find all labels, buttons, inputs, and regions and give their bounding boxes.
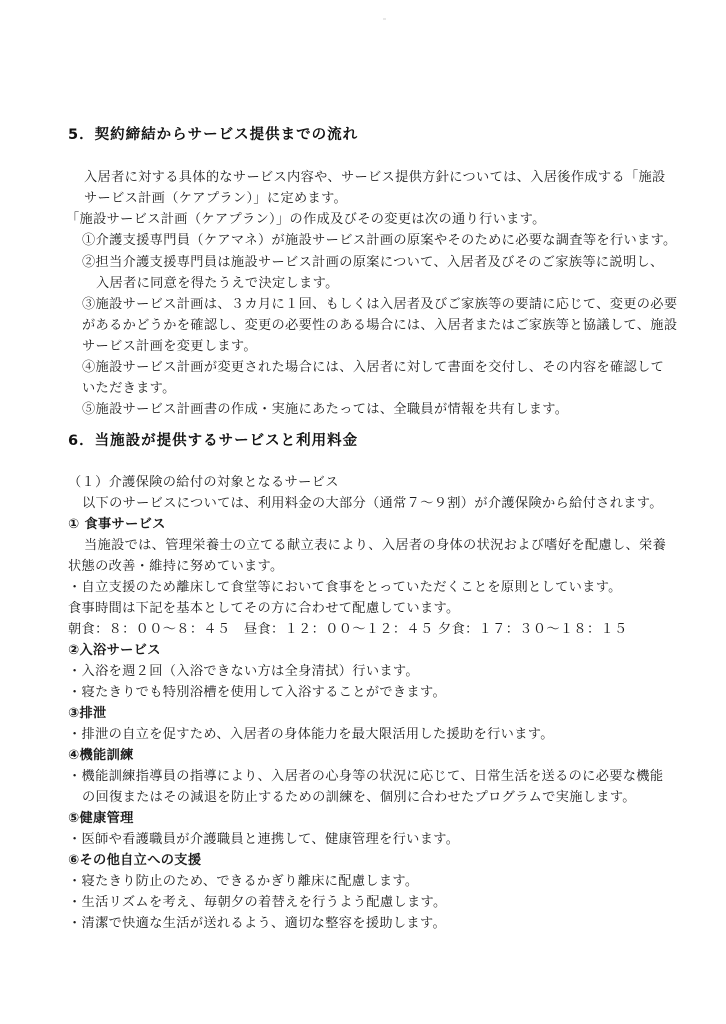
service-toilet-line: ・排泄の自立を促すため、入居者の身体能力を最大限活用した援助を行います。 xyxy=(68,727,554,743)
section-5-step-3-cont: があるかどうかを確認し、変更の必要性のある場合には、入居者またはご家族等と協議し… xyxy=(82,318,677,334)
section-5-line: 「施設サービス計画（ケアプラン）」の作成及びその変更は次の通り行います。 xyxy=(66,212,546,228)
service-meal-title: ① 食事サービス xyxy=(68,517,166,533)
service-meal-line: 当施設では、管理栄養士の立てる献立表により、入居者の身体の状況および嗜好を配慮し… xyxy=(84,538,666,554)
service-training-line: の回復またはその減退を防止するための訓練を、個別に合わせたプログラムで実施します… xyxy=(82,790,636,806)
subsection-1-intro: 以下のサービスについては、利用料金の大部分（通常７～９割）が介護保険から給付され… xyxy=(82,496,663,512)
service-training-title: ④機能訓練 xyxy=(68,748,134,764)
meal-times: 朝食：８：００～８：４５ 昼食：１２：００～１２：４５ 夕食：１７：３０～１８：… xyxy=(68,622,628,638)
section-6-heading: 6．当施設が提供するサービスと利用料金 xyxy=(68,432,358,450)
section-5-step-4: ④施設サービス計画が変更された場合には、入居者に対して書面を交付し、その内容を確… xyxy=(82,360,664,376)
service-bath-line: ・入浴を週２回（入浴できない方は全身清拭）行います。 xyxy=(68,664,419,680)
scan-speck xyxy=(383,18,386,20)
service-support-line: ・清潔で快適な生活が送れるよう、適切な整容を援助します。 xyxy=(68,916,446,932)
section-5-line: 入居者に対する具体的なサービス内容や、サービス提供方針については、入居後作成する… xyxy=(84,170,666,186)
section-5-heading: 5．契約締結からサービス提供までの流れ xyxy=(68,126,358,144)
document-page: 5．契約締結からサービス提供までの流れ 入居者に対する具体的なサービス内容や、サ… xyxy=(0,0,726,1024)
section-5-step-3-cont: サービス計画を変更します。 xyxy=(82,339,257,355)
service-meal-line: ・自立支援のため離床して食堂等において食事をとっていただくことを原則としています… xyxy=(68,580,622,596)
service-support-title: ⑥その他自立への支援 xyxy=(68,853,201,869)
service-bath-line: ・寝たきりでも特別浴槽を使用して入浴することができます。 xyxy=(68,685,446,701)
service-health-title: ⑤健康管理 xyxy=(68,811,134,827)
section-5-step-3: ③施設サービス計画は、３カ月に１回、もしくは入居者及びご家族等の要請に応じて、変… xyxy=(82,297,677,313)
service-support-line: ・寝たきり防止のため、できるかぎり離床に配慮します。 xyxy=(68,874,418,890)
service-meal-line: 状態の改善・維持に努めています。 xyxy=(68,559,284,575)
section-5-line: サービス計画（ケアプラン）」に定めます。 xyxy=(84,191,347,207)
service-training-line: ・機能訓練指導員の指導により、入居者の心身等の状況に応じて、日常生活を送るのに必… xyxy=(68,769,663,785)
service-health-line: ・医師や看護職員が介護職員と連携して、健康管理を行います。 xyxy=(68,832,459,848)
service-support-line: ・生活リズムを考え、毎朝夕の着替えを行うよう配慮します。 xyxy=(68,895,447,911)
section-5-step-2: ②担当介護支援専門員は施設サービス計画の原案について、入居者及びそのご家族等に説… xyxy=(82,255,664,271)
section-5-step-4-cont: いただきます。 xyxy=(82,381,176,397)
service-toilet-title: ③排泄 xyxy=(68,706,107,722)
service-bath-title: ②入浴サービス xyxy=(68,643,161,659)
section-5-step-5: ⑤施設サービス計画書の作成・実施にあたっては、全職員が情報を共有します。 xyxy=(82,402,568,418)
section-5-step-2-cont: 入居者に同意を得たうえで決定します。 xyxy=(96,276,339,292)
section-5-step-1: ①介護支援専門員（ケアマネ）が施設サービス計画の原案やそのために必要な調査等を行… xyxy=(82,233,677,249)
subsection-1-title: （１）介護保険の給付の対象となるサービス xyxy=(68,475,339,491)
service-meal-line: 食事時間は下記を基本としてその方に合わせて配慮しています。 xyxy=(68,601,460,617)
